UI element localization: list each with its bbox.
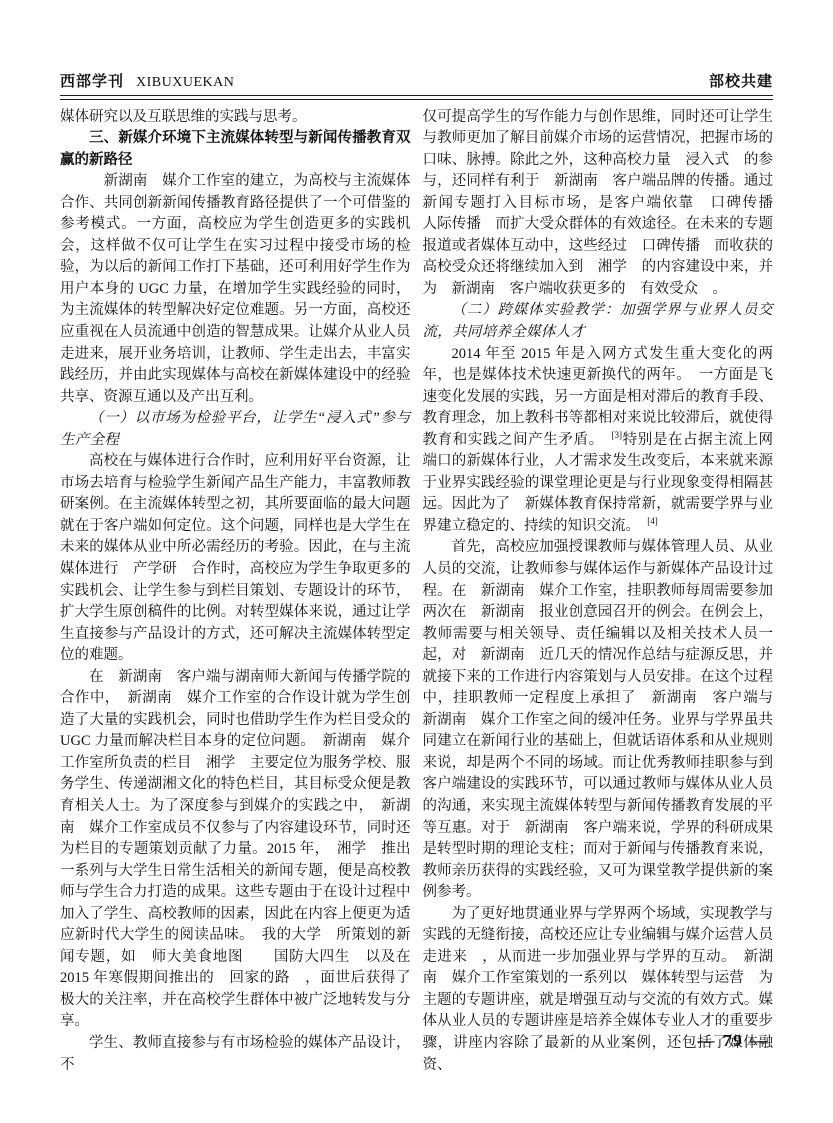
- footnote-marker: [3]: [612, 430, 623, 440]
- journal-title-group: 西部学刊 XIBUXUEKAN: [60, 70, 234, 91]
- header-rule: [60, 95, 773, 100]
- section-label: 部校共建: [709, 70, 773, 91]
- paragraph: 2014 年至 2015 年是入网方式发生重大变化的两年，也是媒体技术快速更新换…: [423, 344, 774, 538]
- column-right: 仅可提高学生的写作能力与创作思维，同时还可让学生与教师更加了解目前媒介市场的运营…: [423, 107, 774, 1077]
- section-heading: 三、新媒介环境下主流媒体转型与新闻传播教育双赢的新路径: [60, 128, 411, 171]
- subsection-heading: （一）以市场为检验平台，让学生“浸入式”参与生产全程: [60, 408, 411, 451]
- subsection-heading: （二）跨媒体实验教学：加强学界与业界人员交流，共同培养全媒体人才: [423, 300, 774, 343]
- journal-title: 西部学刊: [60, 70, 124, 91]
- page-header: 西部学刊 XIBUXUEKAN 部校共建: [60, 70, 773, 92]
- paragraph: 高校在与媒体进行合作时，应利用好平台资源，让市场去培育与检验学生新闻产品生产能力…: [60, 451, 411, 666]
- column-left: 媒体研究以及互联思维的实践与思考。三、新媒介环境下主流媒体转型与新闻传播教育双赢…: [60, 107, 411, 1077]
- paragraph: 仅可提高学生的写作能力与创作思维，同时还可让学生与教师更加了解目前媒介市场的运营…: [423, 107, 774, 301]
- footnote-marker: [4]: [647, 516, 658, 526]
- paragraph: 媒体研究以及互联思维的实践与思考。: [60, 107, 411, 129]
- paragraph: 学生、教师直接参与有市场检验的媒体产品设计，不: [60, 1033, 411, 1076]
- content-columns: 媒体研究以及互联思维的实践与思考。三、新媒介环境下主流媒体转型与新闻传播教育双赢…: [60, 107, 773, 1077]
- page-number: — 79 —: [698, 1031, 770, 1051]
- paragraph: 在 新湖南 客户端与湖南师大新闻与传播学院的合作中， 新湖南 媒介工作室的合作设…: [60, 667, 411, 1033]
- paragraph: 首先，高校应加强授课教师与媒体管理人员、从业人员的交流，让教师参与媒体运作与新媒…: [423, 537, 774, 903]
- paragraph: 新湖南 媒介工作室的建立，为高校与主流媒体合作、共同创新新闻传播教育路径提供了一…: [60, 171, 411, 408]
- journal-page: 西部学刊 XIBUXUEKAN 部校共建 媒体研究以及互联思维的实践与思考。三、…: [0, 0, 833, 1123]
- journal-title-pinyin: XIBUXUEKAN: [136, 75, 234, 91]
